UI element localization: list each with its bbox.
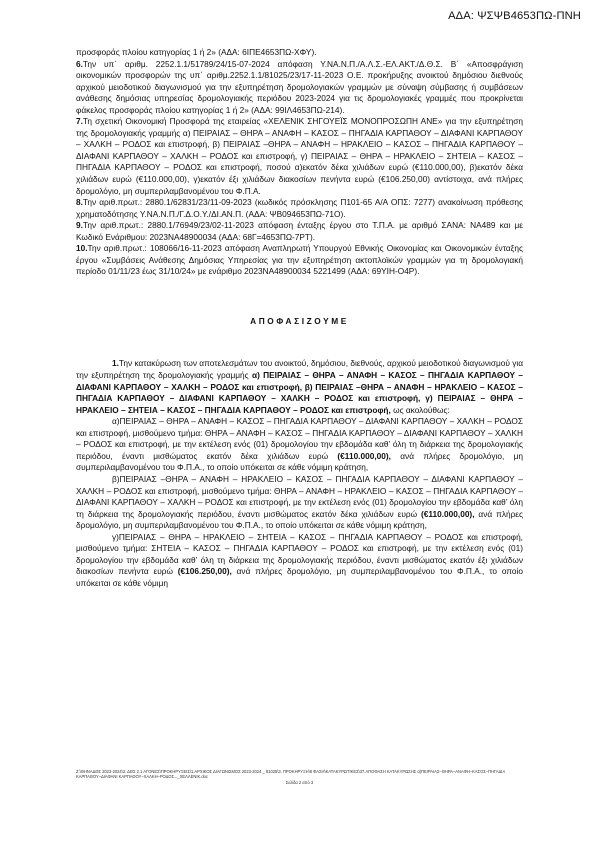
item-text: Την αριθ.πρωτ.: 2880.1/62831/23/11-09-20… xyxy=(76,197,523,219)
document-body: προσφοράς πλοίου κατηγορίας 1 ή 2» (ΑΔΑ:… xyxy=(76,47,523,589)
item-number: 9. xyxy=(76,220,83,230)
item-number: 10. xyxy=(76,243,88,253)
sub-item-b: β)ΠΕΙΡΑΙΑΣ –ΘΗΡΑ – ΑΝΑΦΗ – ΗΡΑΚΛΕΙΟ – ΚΑ… xyxy=(76,474,523,532)
list-item: προσφοράς πλοίου κατηγορίας 1 ή 2» (ΑΔΑ:… xyxy=(76,47,523,59)
amount: (€110.000,00), xyxy=(337,451,391,461)
decision-number: 1. xyxy=(112,358,119,368)
amount: (€110.000,00), xyxy=(421,509,475,519)
item-text: Την αριθ.πρωτ.: 108066/16-11-2023 απόφασ… xyxy=(76,243,523,276)
amount: (€106.250,00), xyxy=(178,566,232,576)
item-text: Την αριθ.πρωτ.: 2880.1/76949/23/02-11-20… xyxy=(76,220,523,242)
item-text: Την υπ΄ αριθμ. 2252.1.1/51789/24/15-07-2… xyxy=(76,59,523,115)
page-footer: Z:\ΘΗΝΑΔΘΣ 2023-2024\2. ΔΘΣ 2.1 ΑΓΟΝΕΣ\Π… xyxy=(76,769,523,786)
item-text: προσφοράς πλοίου κατηγορίας 1 ή 2» (ΑΔΑ:… xyxy=(76,47,317,57)
list-item: 10.Την αριθ.πρωτ.: 108066/16-11-2023 από… xyxy=(76,243,523,278)
item-number: 6. xyxy=(76,59,83,69)
file-path: Z:\ΘΗΝΑΔΘΣ 2023-2024\2. ΔΘΣ 2.1 ΑΓΟΝΕΣ\Π… xyxy=(76,769,523,779)
list-item: 6.Την υπ΄ αριθμ. 2252.1.1/51789/24/15-07… xyxy=(76,59,523,117)
item-text: Τη σχετική Οικονομική Προσφορά της εταιρ… xyxy=(76,116,523,195)
decision-tail: ως ακολούθως: xyxy=(391,405,450,415)
ada-code: ΑΔΑ: ΨΣΨΒ4653ΠΩ-ΠΝΗ xyxy=(448,10,581,22)
sub-item-c: γ)ΠΕΙΡΑΙΑΣ – ΘΗΡΑ – ΗΡΑΚΛΕΙΟ – ΣΗΤΕΙΑ – … xyxy=(76,532,523,590)
list-item: 8.Την αριθ.πρωτ.: 2880.1/62831/23/11-09-… xyxy=(76,197,523,220)
item-number: 7. xyxy=(76,116,83,126)
list-item: 9.Την αριθ.πρωτ.: 2880.1/76949/23/02-11-… xyxy=(76,220,523,243)
sub-item-a: α)ΠΕΙΡΑΙΑΣ – ΘΗΡΑ – ΑΝΑΦΗ – ΚΑΣΟΣ – ΠΗΓΑ… xyxy=(76,416,523,474)
section-heading: ΑΠΟΦΑΣΙΖΟΥΜΕ xyxy=(76,316,523,328)
decision-paragraph: 1.Την κατακύρωση των αποτελεσμάτων του α… xyxy=(76,358,523,416)
page-number: Σελίδα 2 από 3 xyxy=(76,780,523,785)
list-item: 7.Τη σχετική Οικονομική Προσφορά της ετα… xyxy=(76,116,523,197)
item-number: 8. xyxy=(76,197,83,207)
